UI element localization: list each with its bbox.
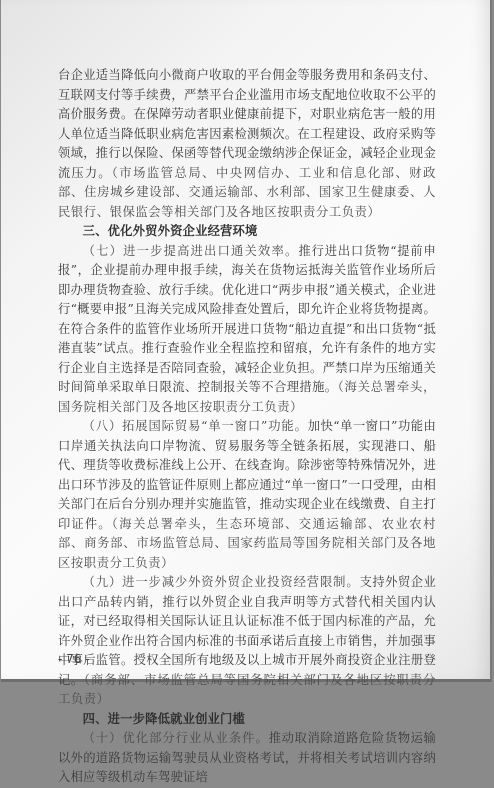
responsible-departments: （海关总署牵头，生态环境部、交通运输部、农业农村部、商务部、市场监管总局、国家药… — [58, 517, 436, 570]
page-number: - 76 - — [58, 652, 90, 666]
document-page: 台企业适当降低向小微商户收取的平台佣金等服务费用和条码支付、互联网支付等手续费，… — [1, 0, 492, 682]
paragraph-lead: （八）拓展国际贸易“单一窗口”功能。 — [83, 419, 308, 433]
paragraph-9: （九）进一步减少外资外贸企业投资经营限制。支持外贸企业出口产品转内销，推行以外贸… — [58, 573, 436, 683]
paragraph-7: （七）进一步提高进出口通关效率。推行进出口货物“提前申报”，企业提前办理申报手续… — [58, 242, 436, 418]
paragraph-lead: （九）进一步减少外资外贸企业投资经营限制。 — [83, 575, 360, 589]
paragraph-body: 推行进出口货物“提前申报”，企业提前办理申报手续，海关在货物运抵海关监管作业场所… — [58, 244, 436, 395]
paragraph-body: 支持外贸企业出口产品转内销，推行以外贸企业自我声明等方式替代相关国内认证，对已经… — [58, 575, 436, 683]
page-content: 台企业适当降低向小微商户收取的平台佣金等服务费用和条码支付、互联网支付等手续费，… — [58, 66, 436, 683]
paragraph-continued: 台企业适当降低向小微商户收取的平台佣金等服务费用和条码支付、互联网支付等手续费，… — [58, 66, 436, 222]
paragraph-body: 台企业适当降低向小微商户收取的平台佣金等服务费用和条码支付、互联网支付等手续费，… — [58, 68, 436, 180]
paragraph-lead: （七）进一步提高进出口通关效率。 — [83, 244, 299, 258]
paragraph-8: （八）拓展国际贸易“单一窗口”功能。加快“单一窗口”功能由口岸通关执法向口岸物流… — [58, 417, 436, 573]
responsible-departments: （商务部、市场监管总局等国务院相关部门及各地区按职责分工负责） — [58, 673, 436, 684]
responsible-departments: （市场监管总局、中央网信办、工业和信息化部、财政部、住房城乡建设部、交通运输部、… — [58, 166, 436, 219]
paragraph-body: 加快“单一窗口”功能由口岸通关执法向口岸物流、贸易服务等全链条拓展，实现港口、船… — [58, 419, 436, 531]
section-heading-3: 三、优化外贸外资企业经营环境 — [58, 222, 436, 242]
